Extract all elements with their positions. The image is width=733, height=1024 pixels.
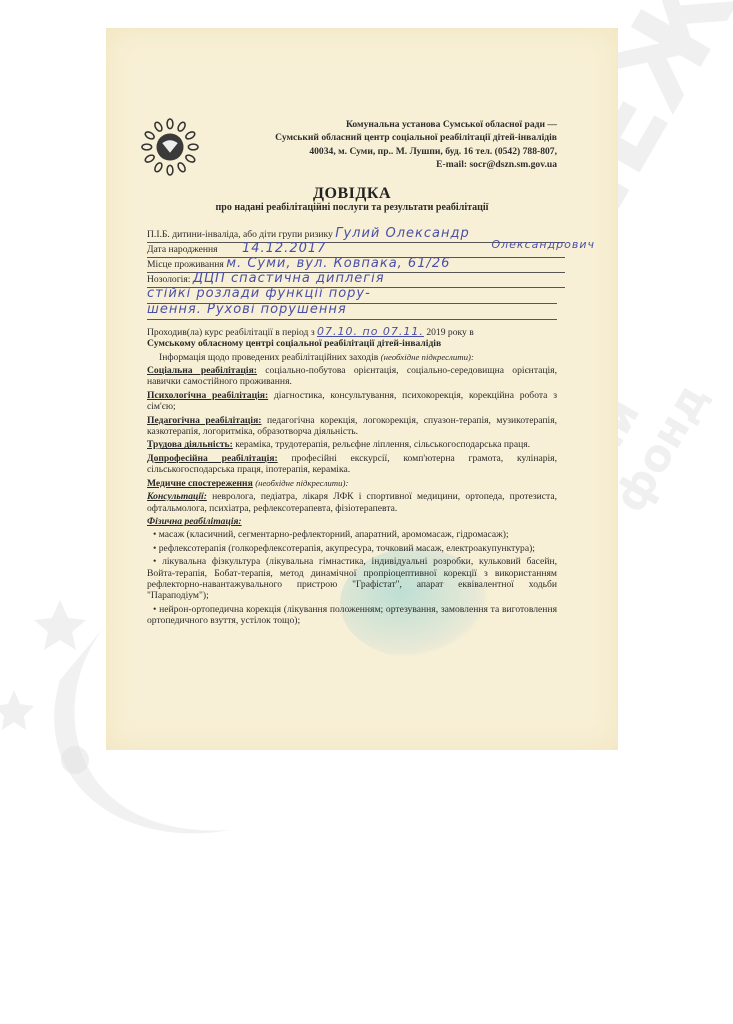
info-intro-text: Інформація щодо проведених реабілітаційн… <box>159 352 378 363</box>
letterhead: Комунальна установа Сумської обласної ра… <box>147 118 557 184</box>
course-dates: 07.10. по 07.11. <box>317 325 424 338</box>
org-line-1: Комунальна установа Сумської обласної ра… <box>199 118 557 131</box>
org-address: 40034, м. Суми, пр.. М. Лушпи, буд. 16 т… <box>199 145 557 158</box>
consult-title: Консультації: <box>147 491 207 502</box>
section-title: Трудова діяльність: <box>147 439 233 450</box>
org-email: E-mail: socr@dszn.sm.gov.ua <box>199 158 557 171</box>
course-suffix: року в <box>448 327 474 338</box>
name-value: Гулий Олександр <box>335 226 470 241</box>
section-psychological: Психологічна реабілітація: діагностика, … <box>147 390 557 413</box>
consult-text: невролога, педіатра, лікаря ЛФК і спорти… <box>147 491 557 513</box>
section-social: Соціальна реабілітація: соціально-побуто… <box>147 365 557 388</box>
residence-label: Місце проживання <box>147 259 224 270</box>
nosology-value-1: ДЦП спастична диплегія <box>193 271 385 286</box>
rehab-sections: Соціальна реабілітація: соціально-побуто… <box>147 365 557 476</box>
medical-observation: Медичне спостереження (необхідне підкрес… <box>147 478 557 489</box>
section-title: Допрофесійна реабілітація: <box>147 453 278 464</box>
info-intro-note: (необхідне підкреслити): <box>381 352 474 362</box>
section-title: Педагогічна реабілітація: <box>147 415 262 426</box>
dob-label: Дата народження <box>147 244 218 255</box>
organization-info: Комунальна установа Сумської обласної ра… <box>199 118 557 172</box>
patronymic-value: Олександрович <box>491 239 595 250</box>
org-line-2: Сумський обласний центр соціальної реабі… <box>199 131 557 144</box>
physical-title: Фізична реабілітація: <box>147 516 242 527</box>
center-name: Сумському обласному центрі соціальної ре… <box>147 338 557 349</box>
bullet-reflexotherapy: • рефлексотерапія (голкорефлексотерапія,… <box>147 543 557 554</box>
course-info: Проходив(ла) курс реабілітації в період … <box>147 326 557 338</box>
name-label: П.І.Б. дитини-інваліда, або діти групи р… <box>147 229 333 240</box>
course-prefix: Проходив(ла) курс реабілітації в період … <box>147 327 315 338</box>
residence-value: м. Суми, вул. Ковпака, 61/26 <box>226 256 450 271</box>
medical-note: (необхідне підкреслити): <box>255 478 348 488</box>
sun-globe-logo-icon <box>141 118 199 176</box>
nosology-value-2: стійкі розлади функції пору- <box>147 286 371 301</box>
section-text: кераміка, трудотерапія, рельєфне ліпленн… <box>235 439 530 450</box>
nosology-value-3: шення. Рухові порушення <box>147 302 347 317</box>
document-subtitle: про надані реабілітаційні послуги та рез… <box>147 202 557 213</box>
info-intro: Інформація щодо проведених реабілітаційн… <box>147 352 557 363</box>
section-preprofessional: Допрофесійна реабілітація: професійні ек… <box>147 453 557 476</box>
section-title: Соціальна реабілітація: <box>147 365 257 376</box>
section-pedagogical: Педагогічна реабілітація: педагогічна ко… <box>147 415 557 438</box>
document-title: ДОВІДКА <box>147 188 557 199</box>
consultations: Консультації: невролога, педіатра, лікар… <box>147 491 557 514</box>
physical-rehab: Фізична реабілітація: <box>147 516 557 527</box>
bullet-orthopedic: • нейрон-ортопедична корекція (лікування… <box>147 604 557 627</box>
dob-value: 14.12.2017 <box>242 241 326 256</box>
nosology-line-3: шення. Рухові порушення <box>147 304 557 320</box>
bullet-massage: • масаж (класичний, сегментарно-рефлекто… <box>147 529 557 540</box>
nosology-label: Нозологія: <box>147 274 190 285</box>
section-title: Психологічна реабілітація: <box>147 390 268 401</box>
document-body: Комунальна установа Сумської обласної ра… <box>147 118 557 627</box>
bullet-exercise-therapy: • лікувальна фізкультура (лікувальна гім… <box>147 556 557 602</box>
course-year: 2019 <box>426 327 445 338</box>
nosology-field: Нозологія: ДЦП спастична диплегія <box>147 273 565 288</box>
medical-title: Медичне спостереження <box>147 478 253 489</box>
section-labor: Трудова діяльність: кераміка, трудотерап… <box>147 439 557 450</box>
